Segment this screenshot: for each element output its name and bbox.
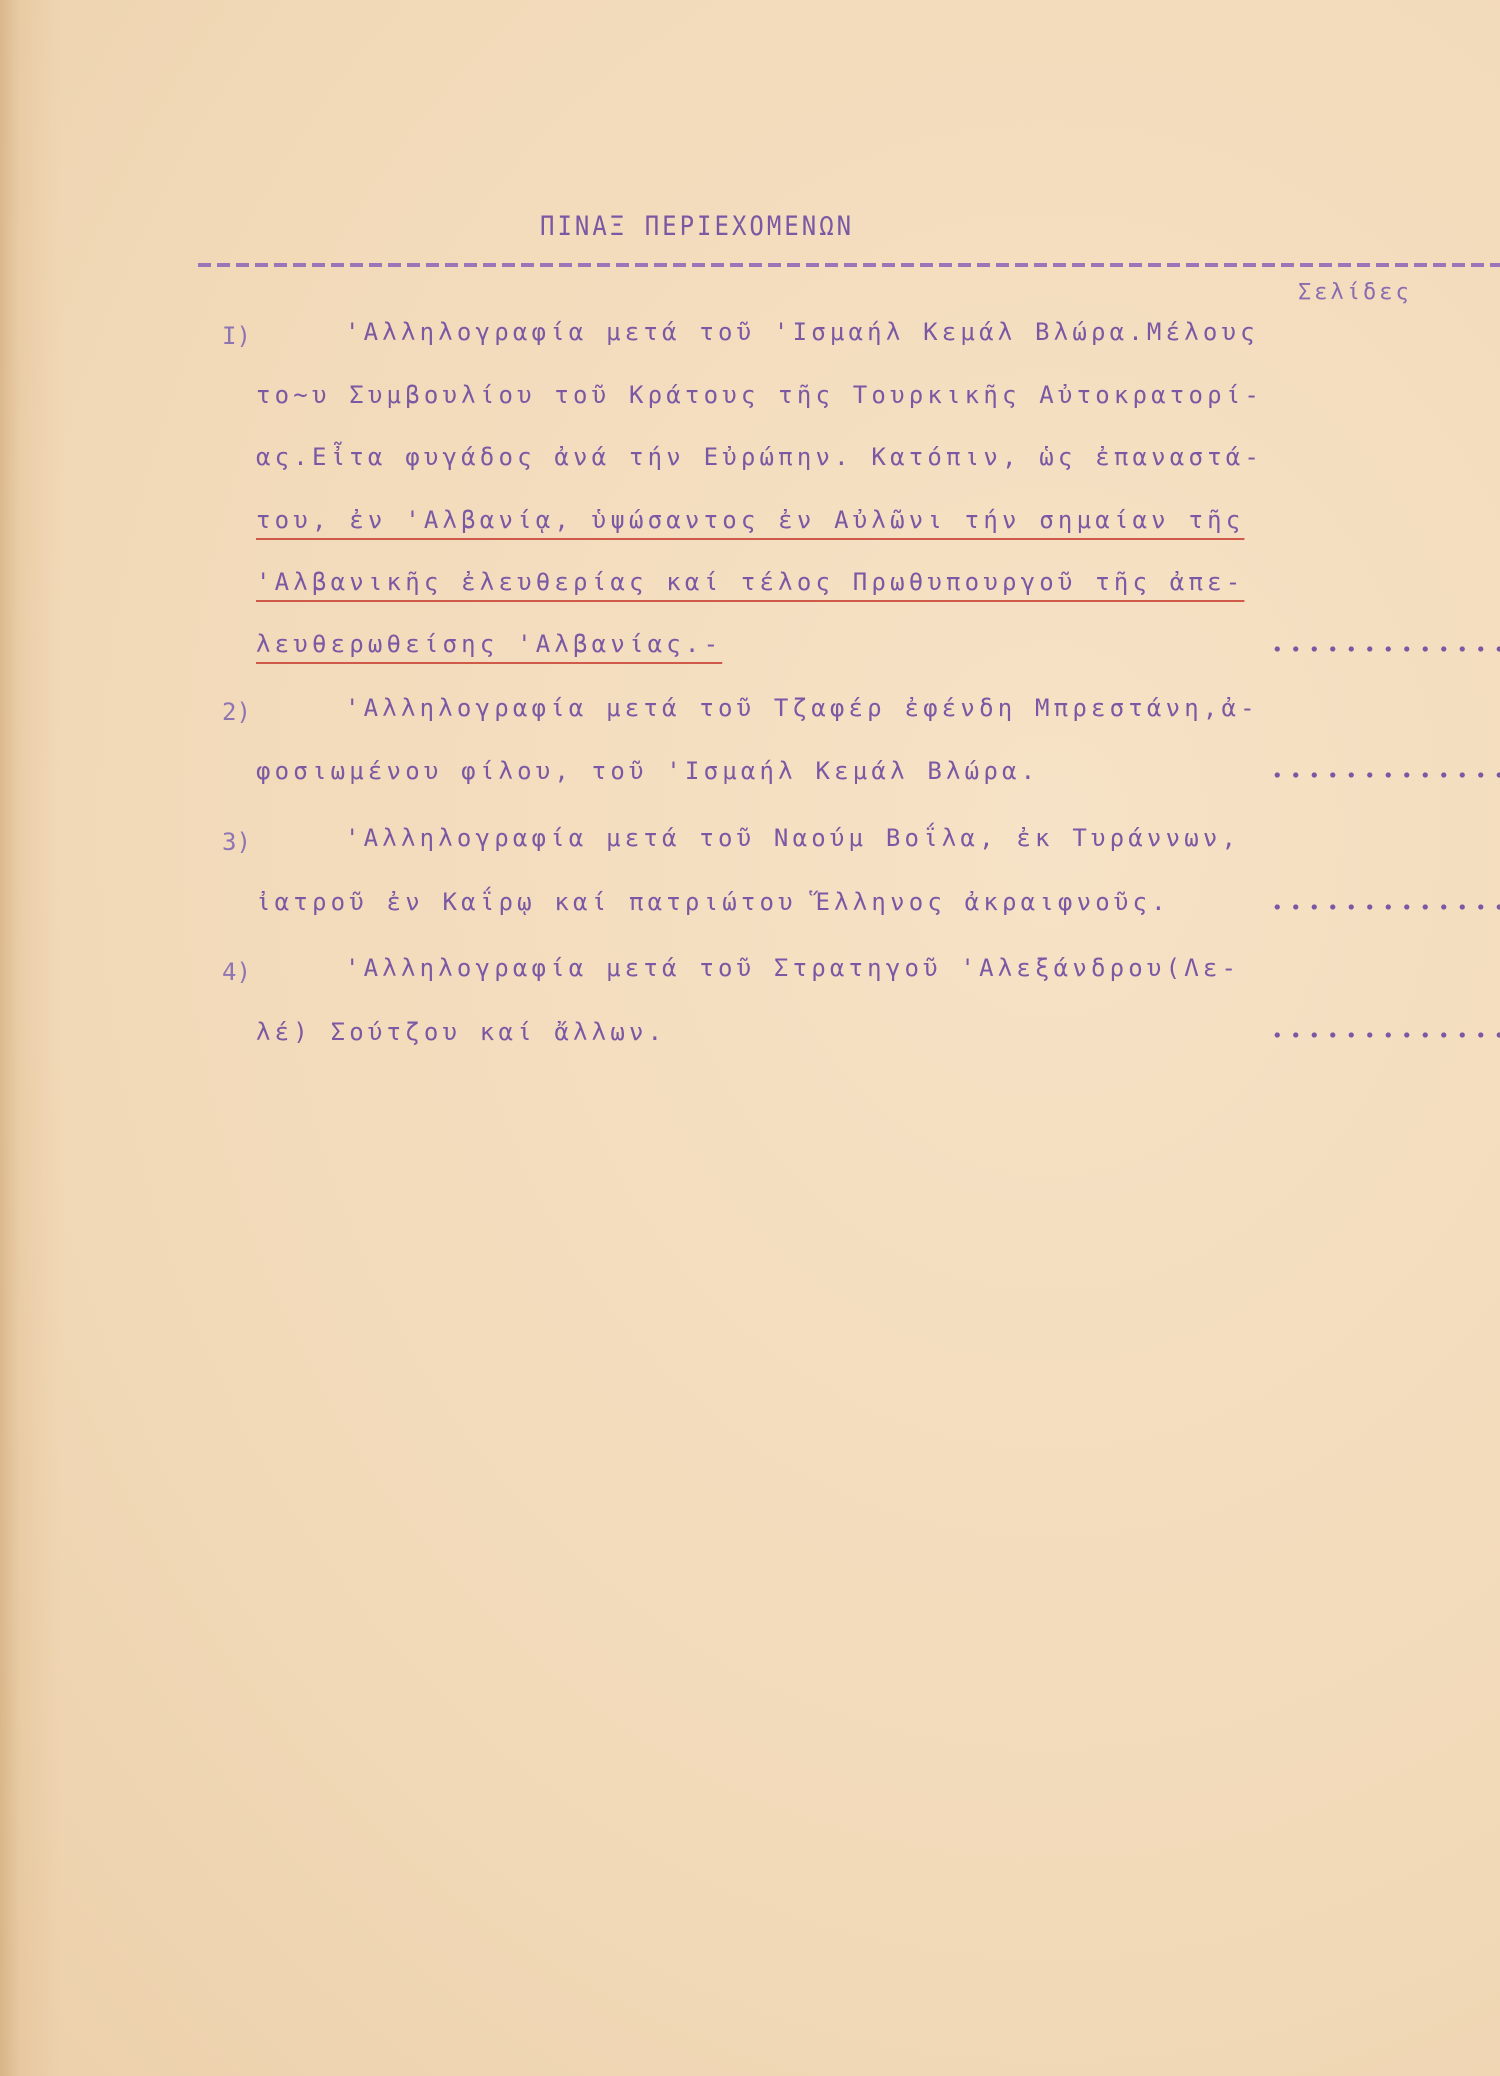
entry-line: 'Αλληλογραφία μετά τοῦ Ναούμ Βοΐλα, ἐκ Τ… xyxy=(345,824,1240,852)
document-title: ΠΙΝΑΞ ΠΕΡΙΕΧΟΜΕΝΩΝ xyxy=(540,211,854,242)
entry-line: 'Αλληλογραφία μετά τοῦ 'Ισμαήλ Κεμάλ Βλώ… xyxy=(345,318,1259,346)
page-leader-dots xyxy=(1268,904,1500,910)
entry-line: λευθερωθείσης 'Αλβανίας.- xyxy=(256,630,722,658)
dashed-divider xyxy=(198,263,1500,267)
pages-column-header: Σελίδες xyxy=(1298,280,1412,305)
entry-line: φοσιωμένου φίλου, τοῦ 'Ισμαήλ Κεμάλ Βλώρ… xyxy=(256,757,1039,785)
entry-number: Ι) xyxy=(222,322,251,350)
entry-line: λέ) Σούτζου καί ἄλλων. xyxy=(256,1018,666,1046)
entry-line: 'Αλβανικῆς ἐλευθερίας καί τέλος Πρωθυπου… xyxy=(256,568,1244,596)
entry-line: 'Αλληλογραφία μετά τοῦ Στρατηγοῦ 'Αλεξάν… xyxy=(345,954,1240,982)
entry-line: το~υ Συμβουλίου τοῦ Κράτους τῆς Τουρκικῆ… xyxy=(256,381,1263,409)
entry-line: ἰατροῦ ἐν Καΐρῳ καί πατριώτου Ἕλληνος ἀκ… xyxy=(256,888,1170,916)
entry-number: 3) xyxy=(222,828,251,856)
entry-line: 'Αλληλογραφία μετά τοῦ Τζαφέρ ἐφένδη Μπρ… xyxy=(345,694,1259,722)
entry-number: 2) xyxy=(222,698,251,726)
entry-line: ας.Εἶτα φυγάδος ἀνά τήν Εὐρώπην. Κατόπιν… xyxy=(256,443,1263,471)
page-leader-dots xyxy=(1268,646,1500,652)
page-leader-dots xyxy=(1268,772,1500,778)
entry-line: του, ἐν 'Αλβανίᾳ, ὑψώσαντος ἐν Αὐλῶνι τή… xyxy=(256,506,1244,534)
typed-document-page: ΠΙΝΑΞ ΠΕΡΙΕΧΟΜΕΝΩΝ Σελίδες Ι) 'Αλληλογρα… xyxy=(0,0,1500,2076)
entry-number: 4) xyxy=(222,958,251,986)
page-leader-dots xyxy=(1268,1032,1500,1038)
